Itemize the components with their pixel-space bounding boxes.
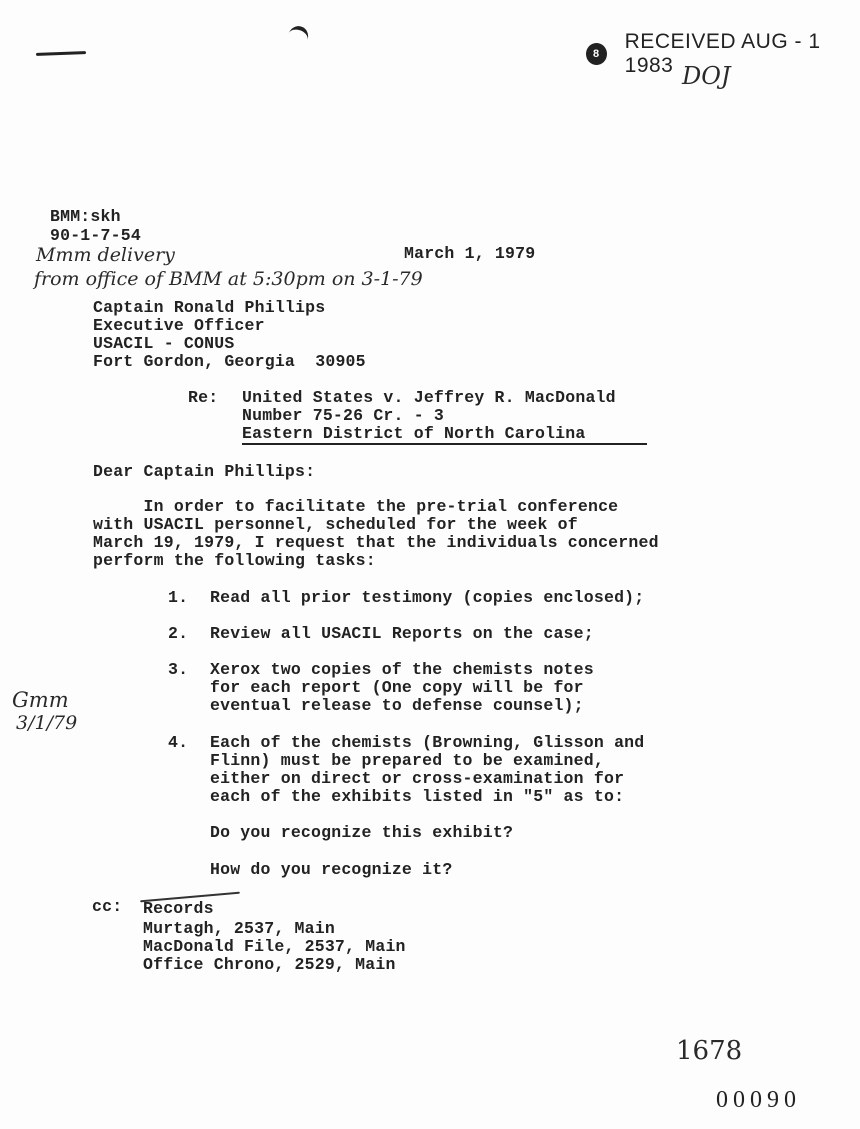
task-number: 1. (168, 589, 188, 607)
intro-line: with USACIL personnel, scheduled for the… (93, 516, 578, 534)
intro-line: perform the following tasks: (93, 552, 376, 570)
task-text: for each report (One copy will be for (210, 679, 584, 697)
page-number: 00090 (716, 1087, 801, 1114)
re-district: Eastern District of North Carolina (242, 425, 585, 443)
handwritten-number: 1678 (676, 1036, 742, 1066)
cc-recipient: Records (143, 900, 214, 918)
punch-mark (285, 23, 311, 51)
intro-line: March 19, 1979, I request that the indiv… (93, 534, 659, 552)
task-number: 2. (168, 625, 188, 643)
stamp-text: RECEIVED AUG - 1 1983 (625, 30, 860, 78)
task-text: Each of the chemists (Browning, Glisson … (210, 734, 644, 752)
task-number: 3. (168, 661, 188, 679)
task-text: each of the exhibits listed in "5" as to… (210, 788, 624, 806)
question: How do you recognize it? (210, 861, 452, 879)
recipient-organization: USACIL - CONUS (93, 335, 234, 353)
file-number: 90-1-7-54 (50, 227, 141, 245)
salutation: Dear Captain Phillips: (93, 463, 315, 481)
question: Do you recognize this exhibit? (210, 824, 513, 842)
cc-recipient: MacDonald File, 2537, Main (143, 938, 406, 956)
task-text: Xerox two copies of the chemists notes (210, 661, 594, 679)
intro-line: In order to facilitate the pre-trial con… (93, 498, 618, 516)
cc-recipient: Murtagh, 2537, Main (143, 920, 335, 938)
task-text: Read all prior testimony (copies enclose… (210, 589, 644, 607)
margin-note-date: 3/1/79 (16, 712, 77, 734)
letter-date: March 1, 1979 (404, 245, 535, 263)
recipient-name: Captain Ronald Phillips (93, 299, 325, 317)
recipient-title: Executive Officer (93, 317, 265, 335)
task-text: Review all USACIL Reports on the case; (210, 625, 594, 643)
letter-page: 8 RECEIVED AUG - 1 1983 DOJ BMM:skh 90-1… (0, 0, 860, 1129)
stamp-handwritten: DOJ (682, 62, 731, 90)
pen-mark (36, 51, 86, 56)
recipient-address-line: Fort Gordon, Georgia 30905 (93, 353, 366, 371)
margin-note-initials: Gmm (12, 688, 69, 712)
re-case-name: United States v. Jeffrey R. MacDonald (242, 389, 616, 407)
task-text: Flinn) must be prepared to be examined, (210, 752, 604, 770)
handwritten-note-2: from office of BMM at 5:30pm on 3-1-79 (34, 268, 423, 290)
task-text: either on direct or cross-examination fo… (210, 770, 624, 788)
re-case-number: Number 75-26 Cr. - 3 (242, 407, 444, 425)
task-text: eventual release to defense counsel); (210, 697, 584, 715)
reference-initials: BMM:skh (50, 208, 121, 226)
re-label: Re: (188, 389, 218, 407)
re-underline (242, 443, 647, 445)
cc-recipient: Office Chrono, 2529, Main (143, 956, 396, 974)
cc-label: cc: (92, 898, 122, 916)
seal-dot-icon: 8 (586, 43, 607, 65)
task-number: 4. (168, 734, 188, 752)
handwritten-note-1: Mmm delivery (36, 244, 175, 266)
